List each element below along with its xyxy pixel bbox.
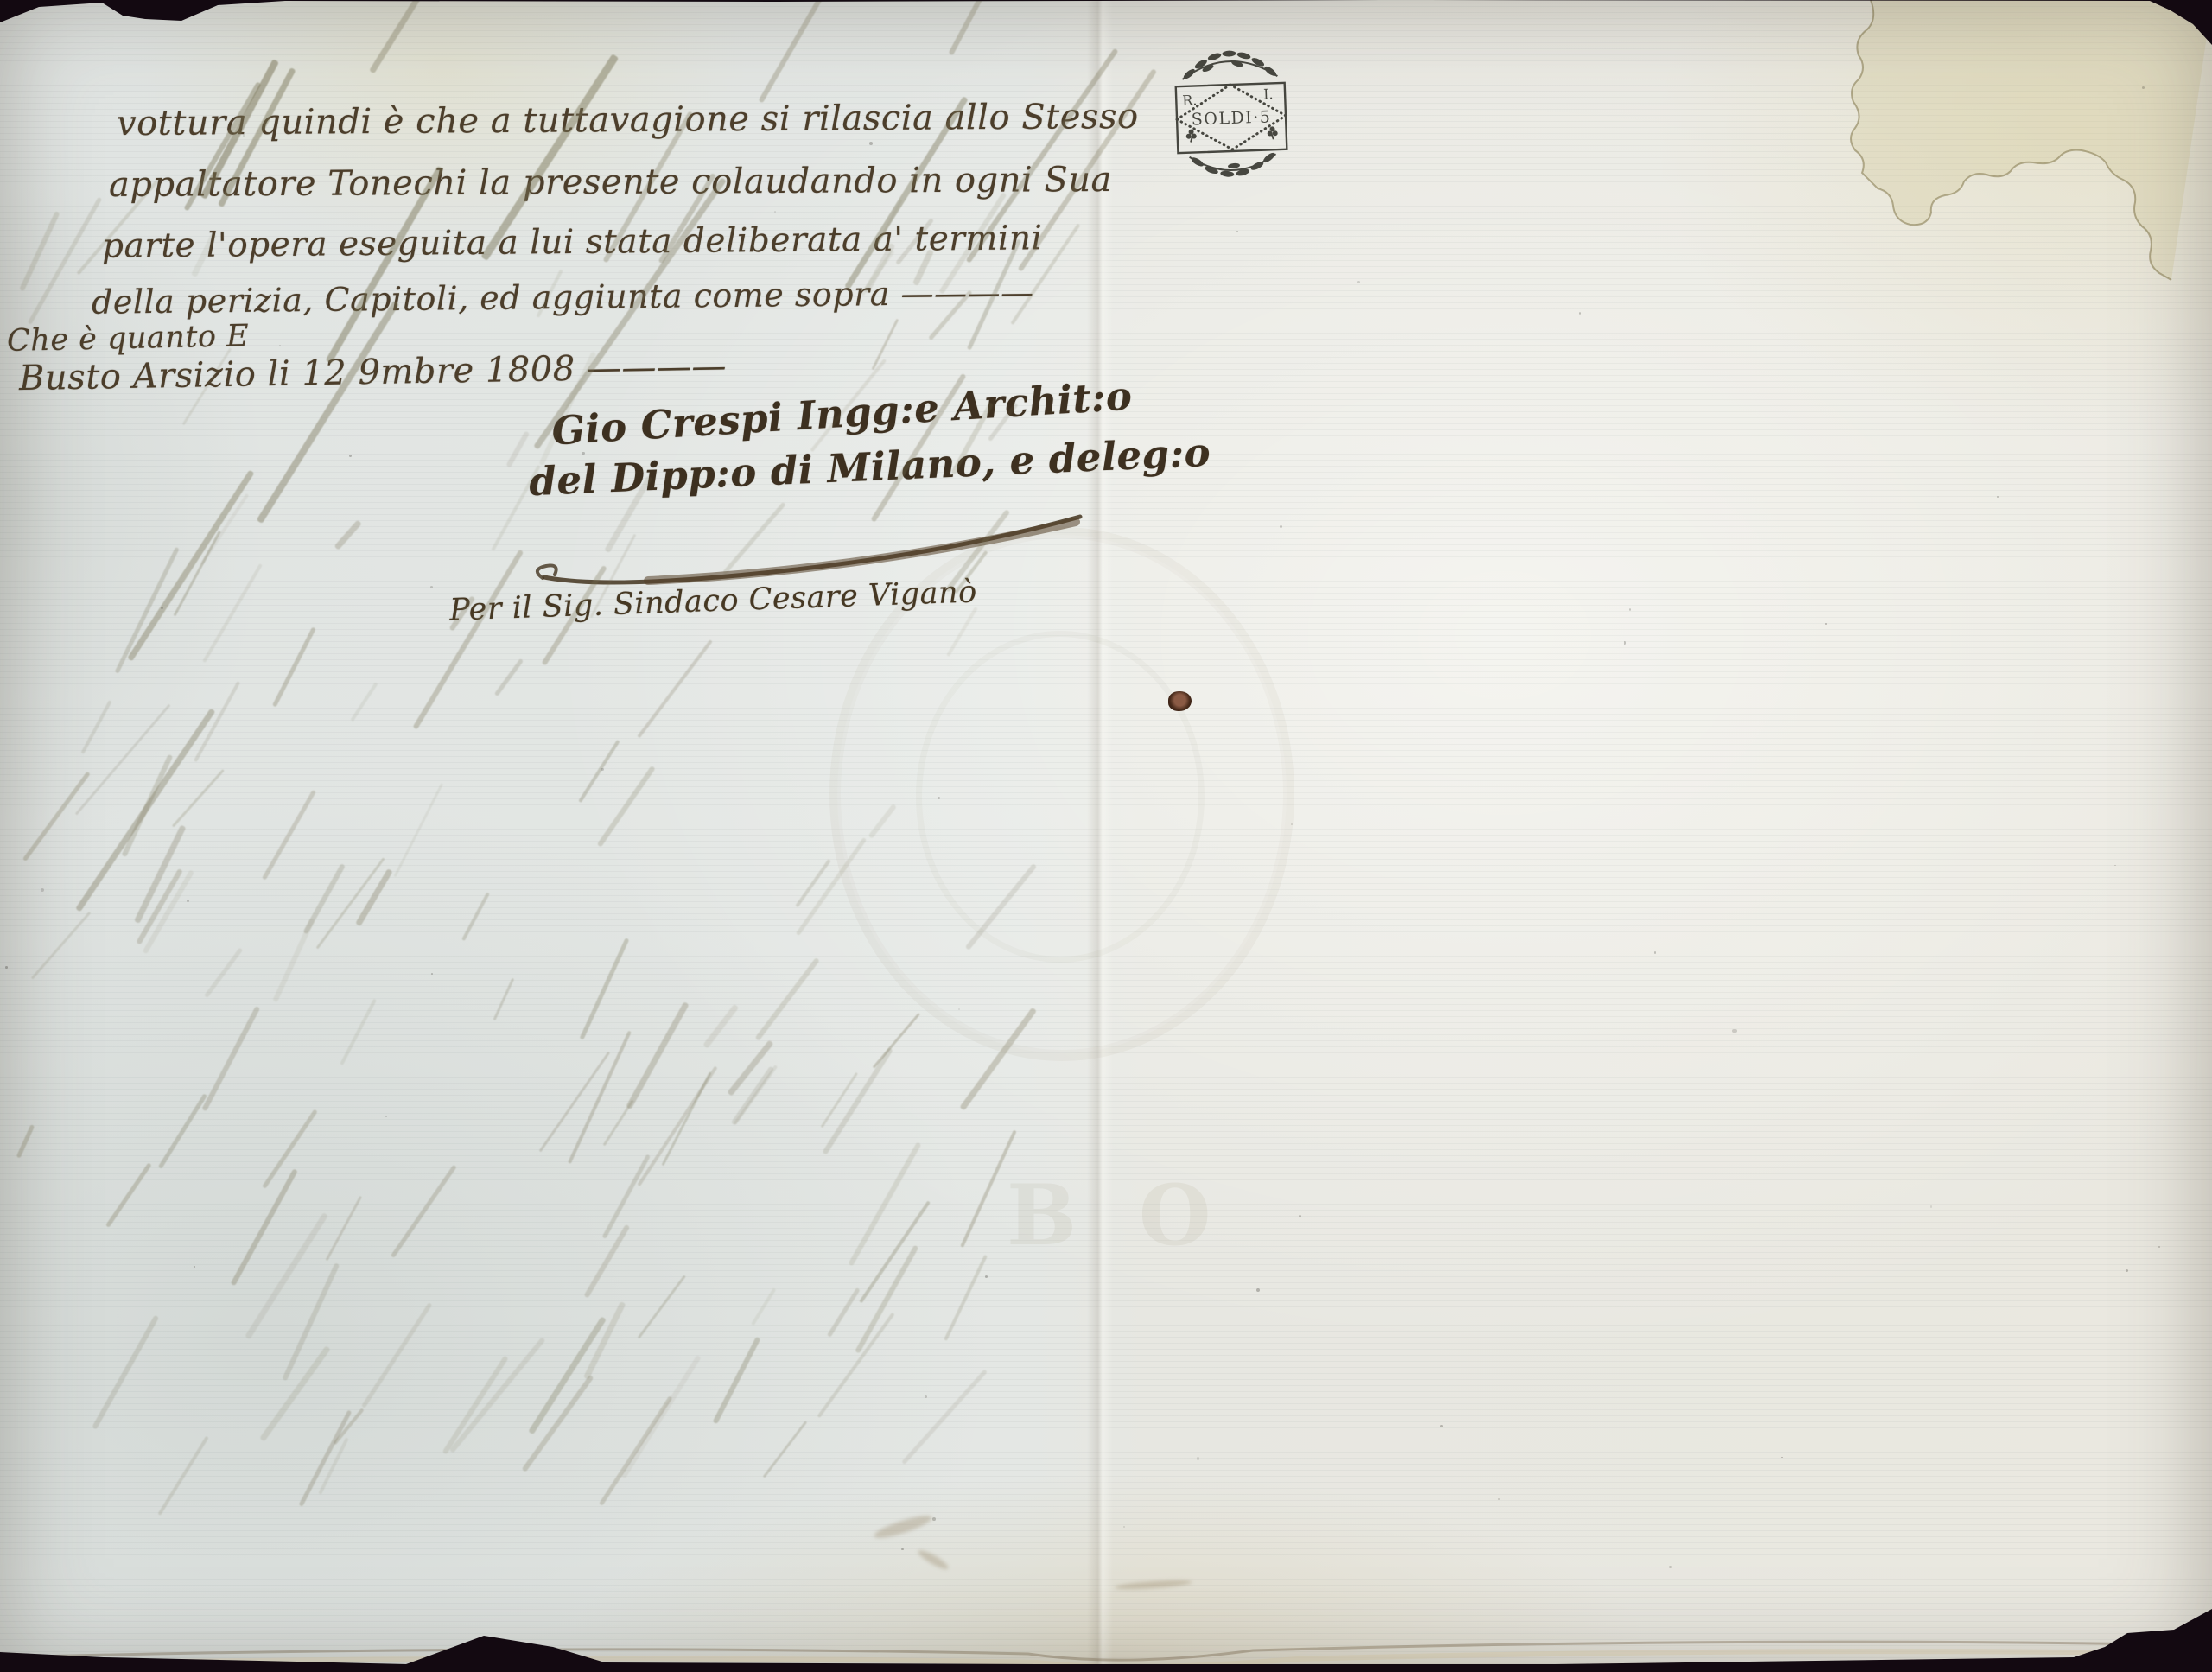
paper-speck [932,1517,936,1521]
paper-speck [1280,525,1282,528]
paper-speck [41,888,44,892]
paper-speck [869,142,873,145]
paper-speck [1997,496,1999,498]
paper-speck [1357,281,1360,283]
scanned-manuscript-page: BO vottura quindi è che a tuttavagione s… [0,0,2212,1672]
paper-speck [901,1548,904,1551]
paper-speck [279,345,281,346]
paper-speck [938,797,940,799]
paper-speck [1732,1029,1736,1033]
paper-speck [349,455,352,457]
paper-speck [194,1266,196,1268]
paper-speck [431,973,433,975]
paper-speck [161,607,163,609]
paper-speck [925,1395,928,1399]
paper-speck [5,966,8,969]
paper-speck [1654,951,1656,953]
paper-speck [774,211,776,213]
paper-speck [243,134,245,137]
paper-speck [1440,1425,1443,1427]
paper-speck [582,452,585,455]
edge-vignette [0,0,2212,1672]
paper-sheet: BO vottura quindi è che a tuttavagione s… [0,0,2212,1672]
